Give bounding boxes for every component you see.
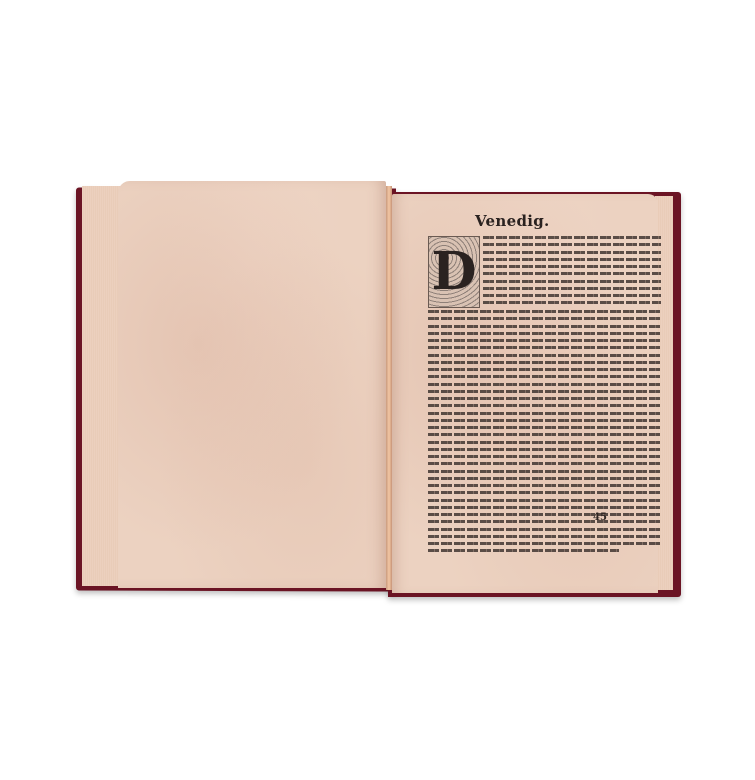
text-line	[428, 368, 661, 371]
drop-cap-letter: D	[431, 246, 476, 298]
text-line	[483, 272, 661, 275]
text-line	[483, 265, 661, 268]
body-text-main: Joh. Nun	[428, 310, 661, 557]
text-line	[428, 433, 661, 436]
text-line	[428, 528, 661, 531]
text-line	[483, 258, 661, 261]
text-line	[428, 361, 661, 364]
text-line	[483, 243, 661, 246]
text-line	[428, 419, 661, 422]
text-line	[483, 287, 661, 290]
text-line	[428, 346, 661, 349]
text-line	[428, 404, 661, 407]
text-line	[428, 455, 661, 458]
text-line	[428, 426, 661, 429]
text-line	[428, 339, 661, 342]
text-line	[428, 499, 661, 502]
page-heading: Venedig.	[475, 212, 550, 230]
text-line	[428, 441, 661, 444]
book-gutter	[386, 186, 392, 590]
text-line	[483, 251, 661, 254]
page-number: 45	[593, 512, 607, 523]
text-line	[428, 397, 661, 400]
text-line	[428, 491, 661, 494]
book-photo: Venedig. D O Der Statt Venedig Joh. Nun …	[0, 0, 755, 780]
text-line	[428, 390, 661, 393]
text-line	[428, 462, 661, 465]
text-line	[483, 280, 661, 283]
text-line	[428, 332, 661, 335]
text-line	[428, 383, 661, 386]
ornamental-drop-cap: D	[428, 236, 480, 308]
text-line	[428, 535, 661, 538]
text-line	[428, 520, 661, 523]
text-line	[428, 317, 661, 320]
text-line	[428, 542, 661, 545]
text-line	[428, 506, 661, 509]
text-line	[428, 513, 661, 516]
page-edges-left	[82, 186, 122, 586]
text-line	[428, 325, 661, 328]
text-line	[428, 354, 661, 357]
left-page-blank	[118, 181, 386, 588]
text-line	[428, 375, 661, 378]
text-line	[483, 236, 661, 239]
text-line	[428, 470, 661, 473]
text-line	[428, 412, 661, 415]
body-text-beside-dropcap: O Der Statt Venedig	[483, 236, 661, 309]
text-line	[483, 294, 661, 297]
text-line	[428, 484, 661, 487]
text-line	[428, 477, 661, 480]
text-line	[483, 301, 661, 304]
text-line	[428, 549, 619, 552]
text-line	[428, 448, 661, 451]
text-line	[428, 310, 661, 313]
